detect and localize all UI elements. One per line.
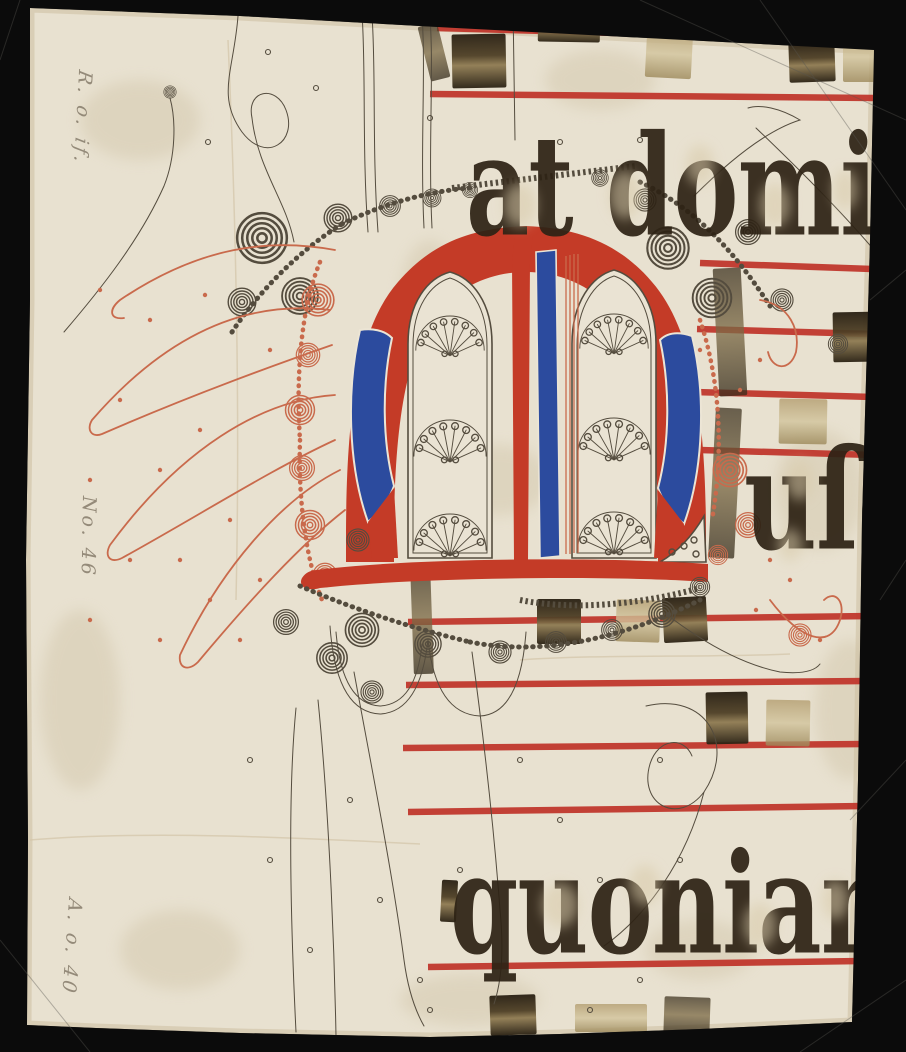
neume-mark	[538, 13, 600, 42]
chant-text-right: uſe	[744, 430, 906, 569]
initial-center-blue-bar	[536, 250, 560, 558]
chant-text-bottom: quoniam	[450, 834, 906, 973]
initial-right-panel	[572, 270, 656, 558]
neume-mark	[706, 692, 749, 745]
neume-mark	[645, 29, 693, 79]
neume-mark	[575, 1004, 647, 1032]
neume-mark	[489, 994, 536, 1036]
shelfmark-inscription-middle: No. 46	[78, 496, 98, 578]
neume-mark	[452, 34, 507, 89]
chant-text-top: at domin	[466, 116, 906, 255]
staff-line	[406, 681, 868, 685]
initial-left-panel	[408, 272, 492, 558]
neume-mark	[766, 700, 811, 747]
neume-mark	[663, 996, 710, 1034]
staff-line	[430, 94, 874, 98]
neume-mark	[859, 8, 876, 43]
manuscript-photograph: at domin uſe quoniam R. o. if. No. 46 A.…	[0, 0, 906, 1052]
shelfmark-inscription-top: R. o. if.	[70, 68, 94, 167]
neume-mark	[788, 41, 835, 83]
neume-mark	[833, 312, 874, 363]
shelfmark-inscription-bottom: A. o. 40	[58, 897, 84, 997]
